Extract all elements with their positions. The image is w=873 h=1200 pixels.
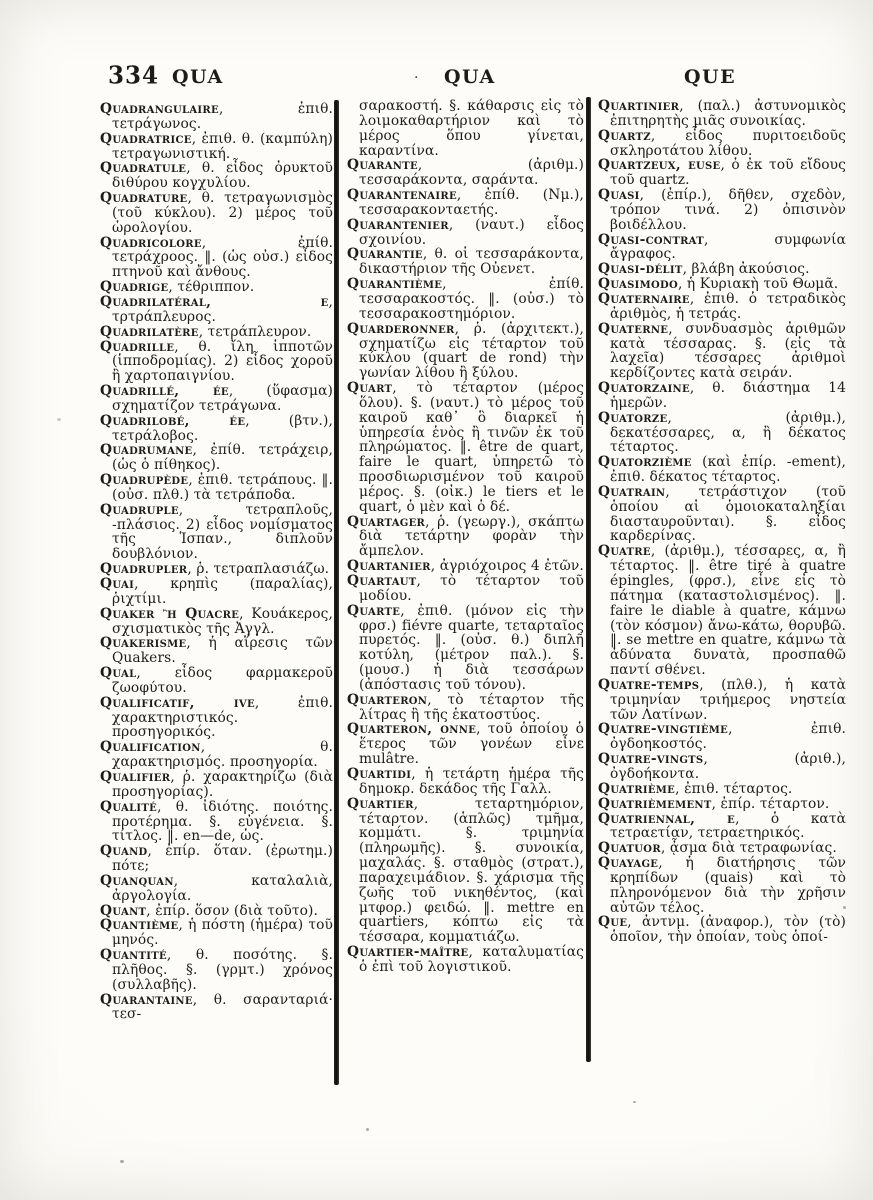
dictionary-entry: Quasi-contrat, συμφωνία ἄγραφος. [598, 233, 846, 263]
headword: Quarderonner [347, 321, 455, 337]
headword: Quarantième [347, 276, 442, 292]
dictionary-entry: Quadricolore, ἐπίθ. τετράχροος. ‖. (ὡς ο… [100, 236, 333, 281]
dictionary-entry: Quadrangulaire, ἐπιθ. τετράγωνος. [100, 102, 333, 132]
dictionary-entry: Quakerisme, ἡ αἵρεσις τῶν Quakers. [100, 636, 333, 666]
dictionary-entry: Quarantenier, (ναυτ.) εἶδος σχοινίου. [347, 218, 584, 248]
headword: Quatorzaine [598, 380, 690, 396]
headword: Quasimodo [598, 276, 678, 292]
headword: Quasi-délit [598, 261, 683, 277]
dictionary-entry: Quadrillé, ée, (ὕφασμα) σχηματίζον τετρά… [100, 384, 333, 414]
dictionary-entry: Quartier, τεταρτημόριον, τέταρτον. (ἁπλῶ… [347, 797, 584, 945]
dictionary-entry: Quadrilatère, τετράπλευρον. [100, 325, 333, 340]
dictionary-entry: Quarantie, θ. οἱ τεσσαράκοντα, δικαστήρι… [347, 247, 584, 277]
headword: Que [598, 914, 627, 930]
dictionary-entry: Quatre-vingts, (ἀριθ.), ὀγδοήκοντα. [598, 752, 846, 782]
headword: Qual [100, 665, 136, 681]
headword: Quatorzième [598, 454, 692, 470]
headword: Quatorze [598, 410, 667, 426]
dictionary-entry: Quai, κρηπὶς (παραλίας), ῥιχτίμι. [100, 577, 333, 607]
headword: Quanquan [100, 873, 174, 889]
headword: Quadrige [100, 279, 168, 295]
headword: Quarantie [347, 246, 423, 262]
headword: Quarantenaire [347, 187, 457, 203]
headword: Quatrain [598, 484, 665, 500]
header-separator-dot: · [414, 70, 418, 86]
dictionary-entry: Quartzeux, euse, ὁ ἐκ τοῦ εἴδους τοῦ qua… [598, 158, 846, 188]
headword: Quaternaire [598, 291, 690, 307]
dictionary-entry: Quartinier, (παλ.) ἀστυνομικὸς ἐπιτηρητὴ… [598, 99, 846, 129]
dictionary-entry: Quadrature, θ. τετραγωνισμὸς (τοῦ κύκλου… [100, 191, 333, 236]
dictionary-entry: Quatuor, ᾆσμα διὰ τετραφωνίας. [598, 841, 846, 856]
dictionary-entry: Quartaut, τὸ τέταρτον τοῦ μοδίου. [347, 574, 584, 604]
dictionary-entry: Quatrième, ἐπιθ. τέταρτος. [598, 782, 846, 797]
column-divider-rule-1 [334, 100, 339, 1085]
headword: Quai [100, 576, 134, 592]
dictionary-entry: Quand, ἐπίρ. ὅταν. (ἐρωτημ.) πότε; [100, 844, 333, 874]
dictionary-entry: Quarderonner, ῥ. (ἀρχιτεκτ.), σχηματίζω … [347, 322, 584, 381]
dictionary-entry: Quadrige, τέθριππον. [100, 280, 333, 295]
running-head-left: QUA [172, 66, 224, 88]
headword: Quarantaine [100, 992, 193, 1008]
dictionary-entry: Quartier-maître, καταλυματίας ὁ ἐπὶ τοῦ … [347, 945, 584, 975]
dictionary-entry: Quantième, ἡ πόστη (ἡμέρα) τοῦ μηνός. [100, 918, 333, 948]
column-1: Quadrangulaire, ἐπιθ. τετράγωνος.Quadrat… [100, 102, 333, 1022]
dictionary-entry: Quadruple, τετραπλοῦς, -πλάσιος. 2) εἶδο… [100, 503, 333, 562]
headword: Quayage [598, 855, 658, 871]
headword: Quasi-contrat [598, 232, 704, 248]
dictionary-entry: Quatrièmement, ἐπίρ. τέταρτον. [598, 797, 846, 812]
headword: Quatre-temps [598, 677, 699, 693]
headword: Quatre [598, 543, 651, 559]
dictionary-entry: Quarante, (ἀριθμ.) τεσσαράκοντα, σαράντα… [347, 158, 584, 188]
headword: Quarante [347, 157, 418, 173]
ink-speck [57, 418, 61, 421]
headword: Quaker ἢ Quacre [100, 606, 239, 622]
headword: Quarteron [347, 692, 427, 708]
headword: Quatre-vingts [598, 751, 703, 767]
dictionary-entry: Quadratule, θ. εἶδος ὀρυκτοῦ διθύρου κογ… [100, 161, 333, 191]
dictionary-entry: Quadrupède, ἐπιθ. τετράπους. ‖. (οὐσ. πλ… [100, 473, 333, 503]
headword: Quantité [100, 947, 167, 963]
headword: Quarteron, onne [347, 721, 476, 737]
dictionary-entry: Quatre-temps, (πλθ.), ἡ κατὰ τριμηνίαν τ… [598, 678, 846, 723]
headword: Quadrille [100, 339, 174, 355]
headword: Quakerisme [100, 635, 186, 651]
headword: Quartager [347, 514, 425, 530]
dictionary-entry: Quadrupler, ῥ. τετραπλασιάζω. [100, 562, 333, 577]
ink-speck [366, 1128, 369, 1131]
headword: Quartier [347, 796, 414, 812]
dictionary-entry: Qualifier, ῥ. χαρακτηρίζω (διὰ προσηγορί… [100, 770, 333, 800]
headword: Quarantenier [347, 217, 449, 233]
dictionary-entry: Quarantenaire, ἐπίθ. (Νμ.), τεσσαρακοντα… [347, 188, 584, 218]
headword: Quartzeux, euse [598, 157, 720, 173]
headword: Quadrilobé, ée [100, 413, 245, 429]
dictionary-entry: Quatorzième (καὶ ἐπίρ. -ement), ἐπιθ. δέ… [598, 455, 846, 485]
dictionary-entry: Quaterne, συνδυασμὸς ἀριθμῶν κατὰ τέσσαρ… [598, 322, 846, 381]
dictionary-entry: Quatorze, (ἀριθμ.), δεκατέσσαρες, α, ἢ δ… [598, 411, 846, 456]
dictionary-entry: Quantité, θ. ποσότης. §. πλῆθος. §. (γρμ… [100, 948, 333, 993]
headword: Quadrature [100, 190, 187, 206]
dictionary-entry: Quart, τὸ τέταρτον (μέρος ὅλου). §. (ναυ… [347, 381, 584, 515]
dictionary-page: 334 QUA · QUA QUE Quadrangulaire, ἐπιθ. … [0, 0, 873, 1200]
dictionary-entry: σαρακοστή. §. κάθαρσις εἰς τὸ λοιμοκαθαρ… [347, 99, 584, 158]
headword: Quadrillé, ée [100, 383, 229, 399]
headword: Quadrupède [100, 472, 188, 488]
dictionary-entry: Quarantaine, θ. σαρανταριά· τεσ- [100, 993, 333, 1023]
headword: Quand [100, 843, 148, 859]
running-head-center: QUA [444, 66, 496, 88]
headword: Qualificatif, ive [100, 695, 255, 711]
dictionary-entry: Quadrumane, ἐπίθ. τετράχειρ, (ὡς ὁ πίθηκ… [100, 443, 333, 473]
headword: Quatrième [598, 781, 675, 797]
running-head-right: QUE [684, 66, 736, 88]
headword: Quasi [598, 187, 640, 203]
dictionary-entry: Quarte, ἐπιθ. (μόνον εἰς τὴν φρσ.) fiévr… [347, 604, 584, 693]
dictionary-entry: Quatrain, τετράστιχον (τοῦ ὁποίου αἱ ὁμο… [598, 485, 846, 544]
dictionary-entry: Quadrilatéral, e, τρτράπλευρος. [100, 295, 333, 325]
dictionary-entry: Quarteron, onne, τοῦ ὁποίου ὁ ἕτερος τῶν… [347, 722, 584, 767]
dictionary-entry: Quatriennal, e, ὁ κατὰ τετραετίαν, τετρα… [598, 812, 846, 842]
headword: Quadrangulaire [100, 101, 219, 117]
ink-speck [843, 906, 846, 909]
dictionary-entry: Quartz, εἶδος πυριτοειδοῦς σκληροτάτου λ… [598, 129, 846, 159]
headword: Quadratule [100, 160, 186, 176]
column-3: Quartinier, (παλ.) ἀστυνομικὸς ἐπιτηρητὴ… [598, 99, 846, 945]
headword: Quadratrice [100, 131, 192, 147]
dictionary-entry: Quatre, (ἀριθμ.), τέσσαρες, α, ἢ τέταρτο… [598, 544, 846, 678]
dictionary-entry: Quartager, ῥ. (γεωργ.), σκάπτω διὰ τετάρ… [347, 515, 584, 560]
headword: Qualité [100, 799, 157, 815]
column-divider-rule-2 [586, 97, 591, 1062]
dictionary-entry: Quadrilobé, ée, (βτν.), τετράλοβος. [100, 414, 333, 444]
dictionary-entry: Que, ἀντνμ. (ἀναφορ.), τὸν (τὸ) ὁποῖον, … [598, 915, 846, 945]
dictionary-entry: Qualificatif, ive, ἐπιθ. χαρακτηριστικός… [100, 696, 333, 741]
headword: Quart [347, 380, 392, 396]
headword: Quadrilatéral, e [100, 294, 329, 310]
headword: Quantième [100, 917, 178, 933]
column-2: σαρακοστή. §. κάθαρσις εἰς τὸ λοιμοκαθαρ… [347, 99, 584, 975]
page-number: 334 [108, 61, 159, 89]
headword: Quarte [347, 603, 400, 619]
ink-speck [633, 1101, 636, 1103]
dictionary-entry: Quarteron, τὸ τέταρτον τῆς λίτρας ἢ τῆς … [347, 693, 584, 723]
headword: Quadrumane [100, 442, 192, 458]
headword: Quartier-maître [347, 944, 468, 960]
dictionary-entry: Qualification, θ. χαρακτηρισμός. προσηγο… [100, 740, 333, 770]
dictionary-entry: Quasi, (ἐπίρ.), δῆθεν, σχεδὸν, τρόπον τι… [598, 188, 846, 233]
dictionary-entry: Quanquan, καταλαλιὰ, ἀργολογία. [100, 874, 333, 904]
dictionary-entry: Quant, ἐπίρ. ὅσον (διὰ τοῦτο). [100, 904, 333, 919]
headword: Quadricolore [100, 235, 202, 251]
headword: Quartidi [347, 766, 411, 782]
headword: Quadruple [100, 502, 179, 518]
dictionary-entry: Quadrille, θ. ἴλη ἱπποτῶν (ἱπποδρομίας).… [100, 340, 333, 385]
headword: Quatre-vingtième [598, 721, 728, 737]
dictionary-entry: Quaternaire, ἐπιθ. ὁ τετραδικὸς ἀριθμὸς,… [598, 292, 846, 322]
headword: Quartaut [347, 573, 417, 589]
dictionary-entry: Quadratrice, ἐπιθ. θ. (καμπύλη) τετραγων… [100, 132, 333, 162]
dictionary-entry: Quatorzaine, θ. διάστημα 14 ἡμερῶν. [598, 381, 846, 411]
headword: Quartinier [598, 98, 679, 114]
headword: Quant [100, 903, 146, 919]
dictionary-entry: Quatre-vingtième, ἐπιθ. ὀγδοηκοστός. [598, 722, 846, 752]
dictionary-entry: Quartidi, ἡ τετάρτη ἡμέρα τῆς δημοκρ. δε… [347, 767, 584, 797]
headword: Qualifier [100, 769, 170, 785]
ink-speck [120, 1160, 124, 1163]
dictionary-entry: Quartanier, ἀγριόχοιρος 4 ἐτῶν. [347, 559, 584, 574]
headword: Quartanier [347, 558, 431, 574]
headword: Quadrilatère [100, 324, 199, 340]
headword: Quatrièmement [598, 796, 712, 812]
dictionary-entry: Qualité, θ. ἰδιότης. ποιότης. προτέρημα.… [100, 800, 333, 845]
dictionary-entry: Qual, εἶδος φαρμακεροῦ ζωοφύτου. [100, 666, 333, 696]
dictionary-entry: Quasi-délit, βλάβη ἀκούσιος. [598, 262, 846, 277]
headword: Quatriennal, e [598, 811, 735, 827]
dictionary-entry: Quarantième, ἐπίθ. τεσσαρακοστός. ‖. (οὐ… [347, 277, 584, 322]
headword: Qualification [100, 739, 201, 755]
dictionary-entry: Quasimodo, ἡ Κυριακὴ τοῦ Θωμᾶ. [598, 277, 846, 292]
dictionary-entry: Quaker ἢ Quacre, Κουάκερος, σχισματικὸς … [100, 607, 333, 637]
headword: Quartz [598, 128, 651, 144]
dictionary-entry: Quayage, ἡ διατήρησις τῶν κρηπίδων (quai… [598, 856, 846, 915]
headword: Quadrupler [100, 561, 187, 577]
headword: Quatuor [598, 840, 661, 856]
headword: Quaterne [598, 321, 668, 337]
